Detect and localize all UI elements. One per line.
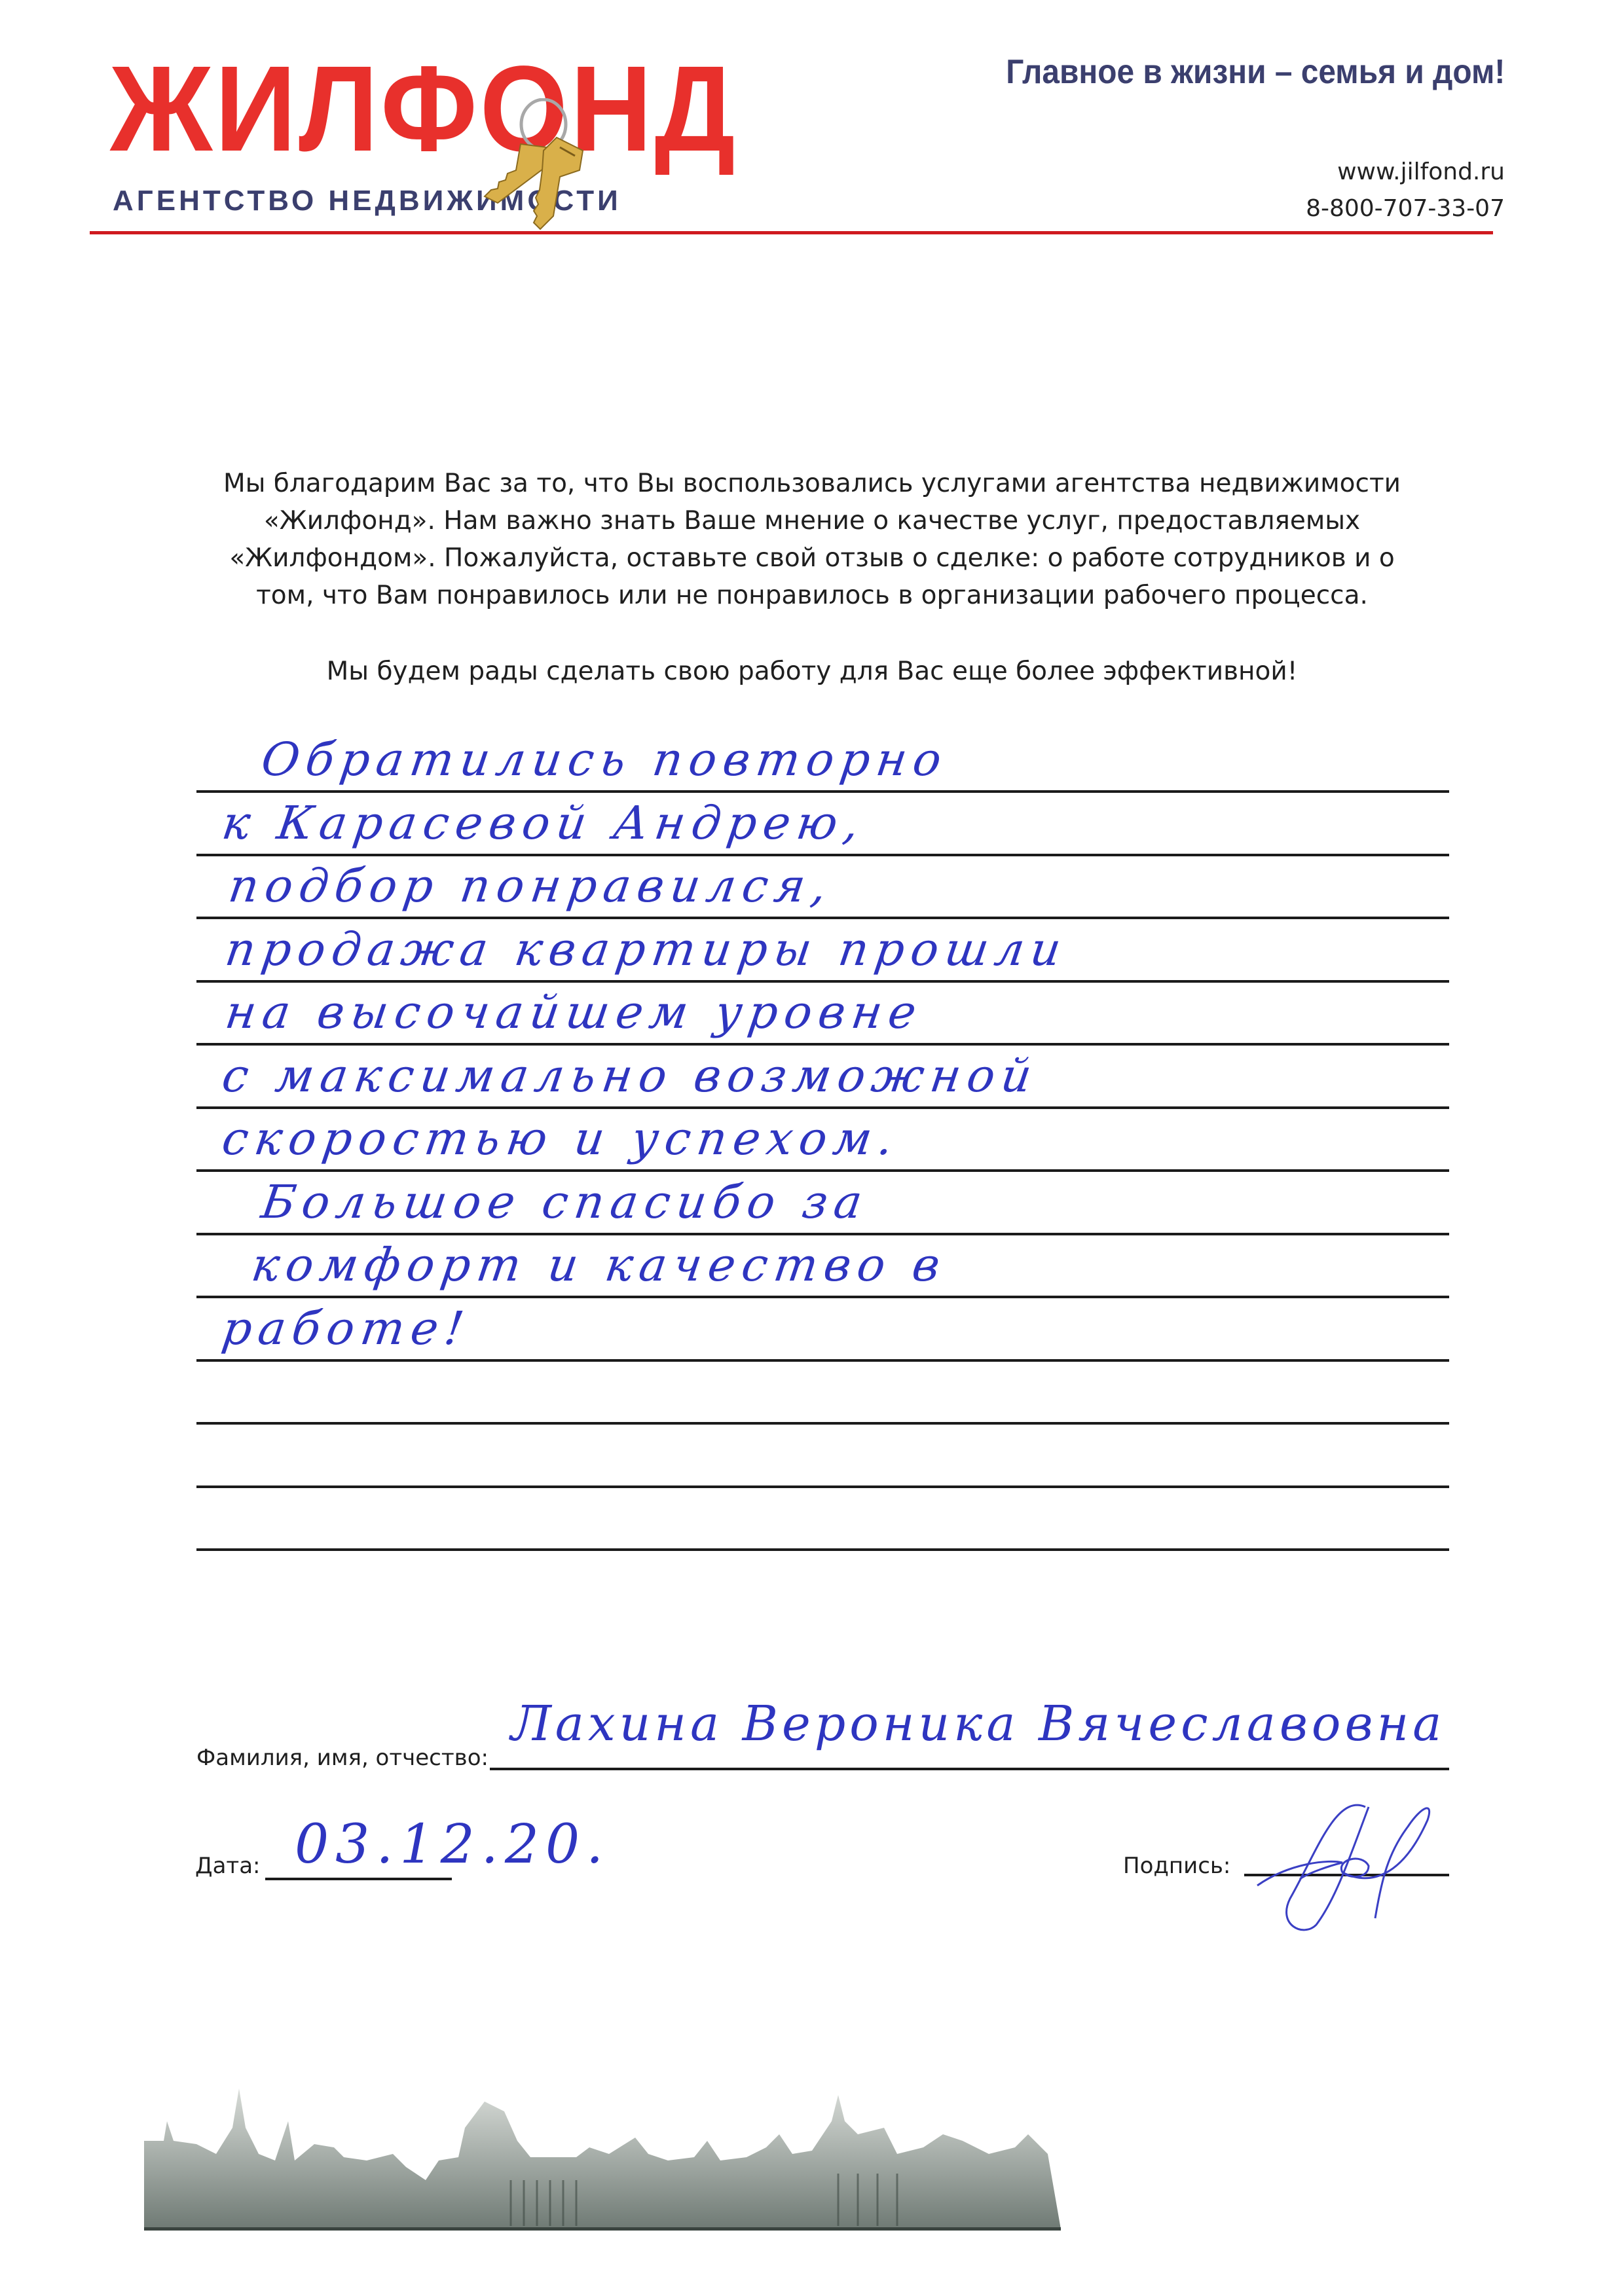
handwritten-review-line[interactable]: на высочайшем уровне <box>222 985 926 1039</box>
review-line-rule <box>196 1233 1449 1235</box>
intro-paragraph: Мы благодарим Вас за то, что Вы воспольз… <box>190 465 1434 614</box>
handwritten-review-line[interactable]: продажа квартиры прошли <box>222 922 1071 976</box>
handwritten-review-line[interactable]: Большое спасибо за <box>258 1175 872 1229</box>
name-label: Фамилия, имя, отчество: <box>196 1745 489 1771</box>
name-field-rule <box>490 1768 1449 1770</box>
phone-number[interactable]: 8-800-707-33-07 <box>1306 191 1505 227</box>
header-divider <box>90 231 1493 234</box>
handwritten-review-line[interactable]: подбор понравился, <box>225 859 836 913</box>
intro-line: том, что Вам понравилось или не понравил… <box>190 577 1434 614</box>
review-line-rule <box>196 1548 1449 1551</box>
keys-icon <box>458 98 609 236</box>
review-line-rule <box>196 790 1449 793</box>
name-field[interactable]: Лахина Вероника Вячеславовна <box>511 1696 1445 1752</box>
handwritten-signature-icon[interactable] <box>1238 1781 1447 1944</box>
handwritten-review-line[interactable]: комфорт и качество в <box>248 1238 950 1292</box>
date-field[interactable]: 03.12.20. <box>295 1813 610 1876</box>
review-line-rule <box>196 1359 1449 1362</box>
website-link[interactable]: www.jilfond.ru <box>1306 154 1505 191</box>
review-line-rule <box>196 1485 1449 1488</box>
handwritten-review-line[interactable]: скоростью и успехом. <box>219 1112 903 1165</box>
review-line-rule <box>196 1169 1449 1172</box>
review-line-rule <box>196 1422 1449 1425</box>
contact-block: www.jilfond.ru 8-800-707-33-07 <box>1306 154 1505 227</box>
handwritten-review-line[interactable]: с максимально возможной <box>219 1049 1041 1102</box>
handwritten-review-line[interactable]: работе! <box>219 1302 473 1355</box>
date-field-rule <box>265 1878 452 1880</box>
review-line-rule <box>196 917 1449 919</box>
handwritten-review-line[interactable]: к Карасевой Андрею, <box>219 796 868 850</box>
brand-name: ЖИЛФОНД <box>110 54 737 165</box>
intro-line: «Жилфонд». Нам важно знать Ваше мнение о… <box>190 502 1434 539</box>
review-line-rule <box>196 1296 1449 1298</box>
review-line-rule <box>196 1043 1449 1046</box>
signature-label: Подпись: <box>1123 1853 1230 1879</box>
review-line-rule <box>196 1106 1449 1109</box>
brand-logo: ЖИЛФОНД АГЕНТСТВО НЕДВИЖИМОСТИ <box>110 54 785 165</box>
review-line-rule <box>196 854 1449 856</box>
date-label: Дата: <box>195 1853 261 1879</box>
tagline: Главное в жизни – семья и дом! <box>1006 52 1505 92</box>
closing-line: Мы будем рады сделать свою работу для Ва… <box>190 657 1434 686</box>
city-skyline-illustration-icon <box>118 2082 1559 2232</box>
intro-line: Мы благодарим Вас за то, что Вы воспольз… <box>190 465 1434 502</box>
intro-line: «Жилфондом». Пожалуйста, оставьте свой о… <box>190 539 1434 577</box>
handwritten-review-line[interactable]: Обратились повторно <box>258 733 951 786</box>
review-line-rule <box>196 980 1449 983</box>
